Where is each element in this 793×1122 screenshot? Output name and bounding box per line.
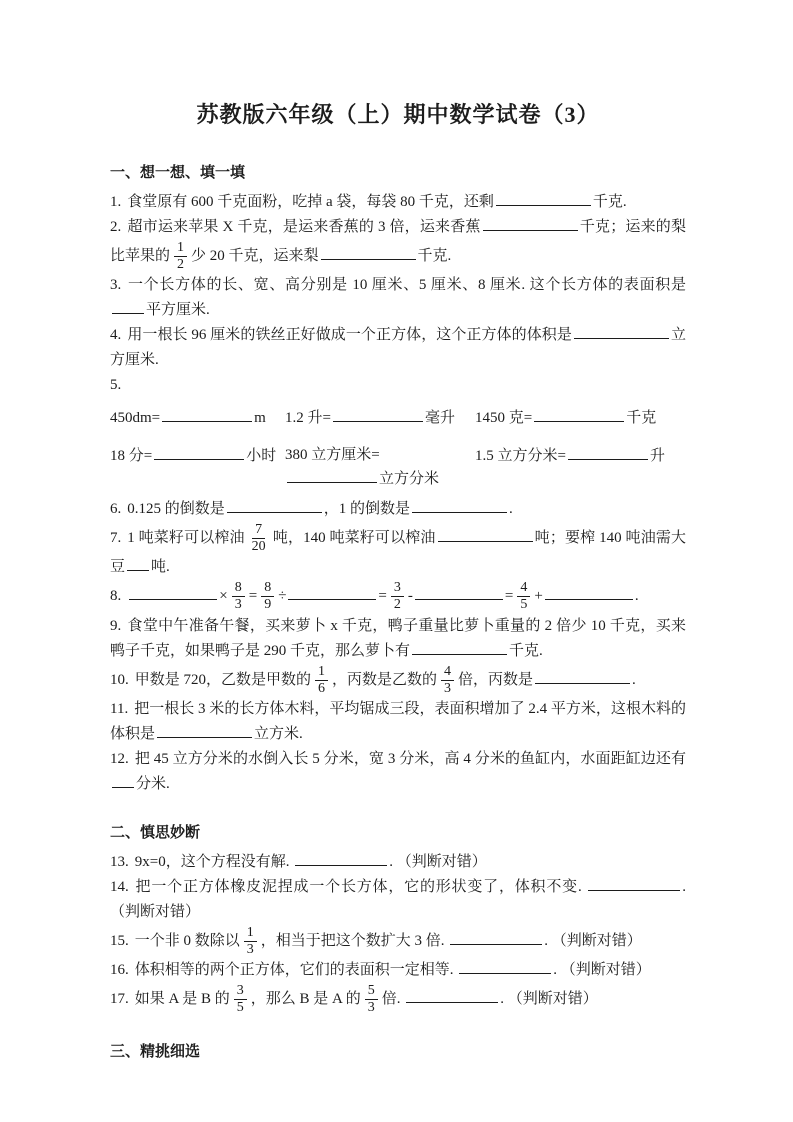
answer-blank [112,772,134,788]
question-text: 吨，140 吨菜籽可以榨油 [273,530,436,546]
answer-blank [406,987,498,1003]
question-number: 13. [110,854,129,870]
fraction-denominator: 5 [234,1000,247,1016]
question-text: . [509,501,513,517]
question-text: = [378,588,386,604]
question-text: 把 45 立方分米的水倒入长 5 分米，宽 3 分米，高 4 分米的鱼缸内，水面… [135,751,686,767]
question: 4.用一根长 96 厘米的铁丝正好做成一个正方体，这个正方体的体积是立方厘米. [110,323,686,373]
unit-conversion-table: 450dm=m1.2 升=毫升1450 克=千克18 分=小时380 立方厘米=… [110,406,686,491]
question: 15.一个非 0 数除以13，相当于把这个数扩大 3 倍. . （判断对错） [110,925,686,958]
answer-blank [459,958,551,974]
question-text: 体积相等的两个正方体，它们的表面积一定相等. [135,962,458,978]
question-text: 如果 A 是 B 的 [135,991,230,1007]
question-text: 倍，丙数是 [458,672,533,688]
fraction-numerator: 8 [232,580,245,597]
answer-blank [157,722,252,738]
section-heading: 一、想一想、填一填 [110,161,686,182]
answer-blank [288,584,376,600]
table-cell: 18 分=小时 [110,444,285,491]
fraction-denominator: 5 [517,597,530,613]
question-text: 用一根长 96 厘米的铁丝正好做成一个正方体，这个正方体的体积是 [127,327,572,343]
fraction-numerator: 3 [234,983,247,1000]
section: 一、想一想、填一填1.食堂原有 600 千克面粉，吃掉 a 袋，每袋 80 千克… [110,161,686,797]
question-number: 14. [110,879,129,895]
question-text: 把一个正方体橡皮泥捏成一个长方体，它的形状变了，体积不变. [135,879,587,895]
question-number: 6. [110,501,121,517]
fraction-numerator: 7 [252,522,265,539]
fraction-denominator: 20 [249,539,269,555]
answer-blank [295,850,387,866]
question-text: . （判断对错） [553,962,651,978]
exam-content: 一、想一想、填一填1.食堂原有 600 千克面粉，吃掉 a 袋，每袋 80 千克… [110,161,686,1061]
question-text: 18 分= [110,448,152,464]
question-number: 11. [110,701,128,717]
question-text: ，1 的倒数是 [324,501,410,517]
answer-blank [588,875,680,891]
answer-blank [162,406,252,422]
fraction: 83 [232,580,245,613]
table-cell: 450dm=m [110,406,285,430]
exam-page: 苏教版六年级（上）期中数学试卷（3） 一、想一想、填一填1.食堂原有 600 千… [0,0,793,1122]
fraction: 720 [249,522,269,555]
question: 13.9x=0，这个方程没有解. . （判断对错） [110,850,686,875]
answer-blank [154,444,244,460]
question: 1.食堂原有 600 千克面粉，吃掉 a 袋，每袋 80 千克，还剩千克. [110,190,686,215]
answer-blank [545,584,633,600]
question: 3.一个长方体的长、宽、高分别是 10 厘米、5 厘米、8 厘米. 这个长方体的… [110,273,686,323]
question-text: 千克. [593,194,627,210]
question-text: 0.125 的倒数是 [127,501,225,517]
question-text: 倍. [382,991,405,1007]
question-text: 一个非 0 数除以 [135,933,240,949]
fraction: 12 [174,240,187,273]
question-text: . [635,588,639,604]
answer-blank [483,215,578,231]
question-number: 3. [110,277,121,293]
fraction-numerator: 3 [391,580,404,597]
fraction-numerator: 5 [365,983,378,1000]
answer-blank [568,444,648,460]
question-number: 10. [110,672,129,688]
fraction: 35 [234,983,247,1016]
fraction: 45 [517,580,530,613]
question-text: 千克. [418,248,452,264]
fraction: 16 [315,664,328,697]
fraction: 43 [441,664,454,697]
fraction: 32 [391,580,404,613]
question: 10.甲数是 720，乙数是甲数的16，丙数是乙数的43倍，丙数是. [110,664,686,697]
question-number: 1. [110,194,121,210]
question-text: 1.5 立方分米= [475,448,566,464]
question-text: 380 立方厘米= [285,447,380,463]
section-heading: 二、慎思妙断 [110,821,686,842]
question: 9.食堂中午准备午餐，买来萝卜 x 千克，鸭子重量比萝卜重量的 2 倍少 10 … [110,614,686,664]
table-cell: 1.5 立方分米=升 [475,444,686,491]
question: 8.×83=89÷=32-=45+. [110,580,686,613]
fraction-denominator: 3 [441,681,454,697]
question-text: 少 20 千克，运来梨 [191,248,319,264]
answer-blank [450,929,542,945]
fraction-denominator: 3 [232,597,245,613]
question: 7.1 吨菜籽可以榨油720吨，140 吨菜籽可以榨油吨；要榨 140 吨油需大… [110,522,686,580]
question-text: ，相当于把这个数扩大 3 倍. [261,933,449,949]
table-cell: 380 立方厘米=立方分米 [285,444,475,491]
question: 17.如果 A 是 B 的35，那么 B 是 A 的53倍. . （判断对错） [110,983,686,1016]
question-text: 千克. [509,643,543,659]
answer-blank [534,406,624,422]
answer-blank [415,584,503,600]
fraction: 53 [365,983,378,1016]
question: 16.体积相等的两个正方体，它们的表面积一定相等. . （判断对错） [110,958,686,983]
fraction: 13 [244,925,257,958]
question-text: = [505,588,513,604]
question-text: 甲数是 720，乙数是甲数的 [135,672,311,688]
question-number: 5. [110,377,121,393]
question-text: ÷ [278,588,286,604]
question-text: ，丙数是乙数的 [332,672,437,688]
question-number: 2. [110,219,121,235]
answer-blank [496,190,591,206]
question-text: . （判断对错） [500,991,598,1007]
question: 2.超市运来苹果 X 千克，是运来香蕉的 3 倍，运来香蕉千克；运来的梨比苹果的… [110,215,686,273]
fraction-numerator: 1 [174,240,187,257]
question-text: = [249,588,257,604]
fraction-denominator: 2 [391,597,404,613]
fraction-denominator: 2 [174,257,187,273]
question-text: 9x=0，这个方程没有解. [135,854,293,870]
question-text: × [219,588,227,604]
question-text: 千克 [626,410,656,426]
question-text: 食堂中午准备午餐，买来萝卜 x 千克，鸭子重量比萝卜重量的 2 倍少 10 千克… [110,618,686,659]
section: 三、精挑细选 [110,1040,686,1061]
fraction-numerator: 1 [315,664,328,681]
question-text: 立方分米 [379,471,439,487]
question-text: 分米. [136,776,170,792]
question-text: . （判断对错） [389,854,487,870]
answer-blank [438,526,533,542]
question-text: 1 吨菜籽可以榨油 [127,530,244,546]
page-title: 苏教版六年级（上）期中数学试卷（3） [110,98,686,129]
fraction: 89 [261,580,274,613]
question-text: 立方米. [254,726,303,742]
question-text: - [408,588,413,604]
fraction-numerator: 4 [517,580,530,597]
question-text: 升 [650,448,665,464]
table-cell: 1.2 升=毫升 [285,406,475,430]
answer-blank [227,497,322,513]
fraction-denominator: 3 [365,1000,378,1016]
question-number: 8. [110,588,121,604]
question-number: 15. [110,933,129,949]
answer-blank [412,639,507,655]
question-text: 超市运来苹果 X 千克，是运来香蕉的 3 倍，运来香蕉 [127,219,480,235]
question-text: ，那么 B 是 A 的 [251,991,361,1007]
question-number: 4. [110,327,121,343]
answer-blank [333,406,423,422]
fraction-denominator: 6 [315,681,328,697]
fraction-numerator: 8 [261,580,274,597]
section-heading: 三、精挑细选 [110,1040,686,1061]
question-text: m [254,410,266,426]
question: 11.把一根长 3 米的长方体木料，平均锯成三段，表面积增加了 2.4 平方米，… [110,697,686,747]
table-cell: 1450 克=千克 [475,406,686,430]
fraction-denominator: 3 [244,942,257,958]
question-number: 12. [110,751,129,767]
question-number: 7. [110,530,121,546]
question-text: 450dm= [110,410,160,426]
question: 6.0.125 的倒数是，1 的倒数是. [110,497,686,522]
question-number: 16. [110,962,129,978]
answer-blank [129,584,217,600]
question-text: 小时 [246,448,276,464]
question-text: 一个长方体的长、宽、高分别是 10 厘米、5 厘米、8 厘米. 这个长方体的表面… [127,277,686,293]
question-number: 17. [110,991,129,1007]
question-text: + [534,588,542,604]
answer-blank [412,497,507,513]
question-text: . [632,672,636,688]
question-text: 1.2 升= [285,410,331,426]
question: 14.把一个正方体橡皮泥捏成一个长方体，它的形状变了，体积不变. . （判断对错… [110,875,686,925]
answer-blank [287,467,377,483]
question-number: 9. [110,618,121,634]
question-text: . （判断对错） [544,933,642,949]
question-text: 食堂原有 600 千克面粉，吃掉 a 袋，每袋 80 千克，还剩 [127,194,494,210]
answer-blank [535,668,630,684]
fraction-denominator: 9 [261,597,274,613]
section: 二、慎思妙断13.9x=0，这个方程没有解. . （判断对错）14.把一个正方体… [110,821,686,1016]
fraction-numerator: 4 [441,664,454,681]
answer-blank [574,323,669,339]
question-text: 毫升 [425,410,455,426]
question: 12.把 45 立方分米的水倒入长 5 分米，宽 3 分米，高 4 分米的鱼缸内… [110,747,686,797]
fraction-numerator: 1 [244,925,257,942]
question: 5. [110,373,686,398]
question-text: 平方厘米. [146,302,210,318]
answer-blank [127,555,149,571]
answer-blank [112,298,144,314]
question-text: 1450 克= [475,410,532,426]
answer-blank [321,244,416,260]
question-text: 吨. [151,559,170,575]
